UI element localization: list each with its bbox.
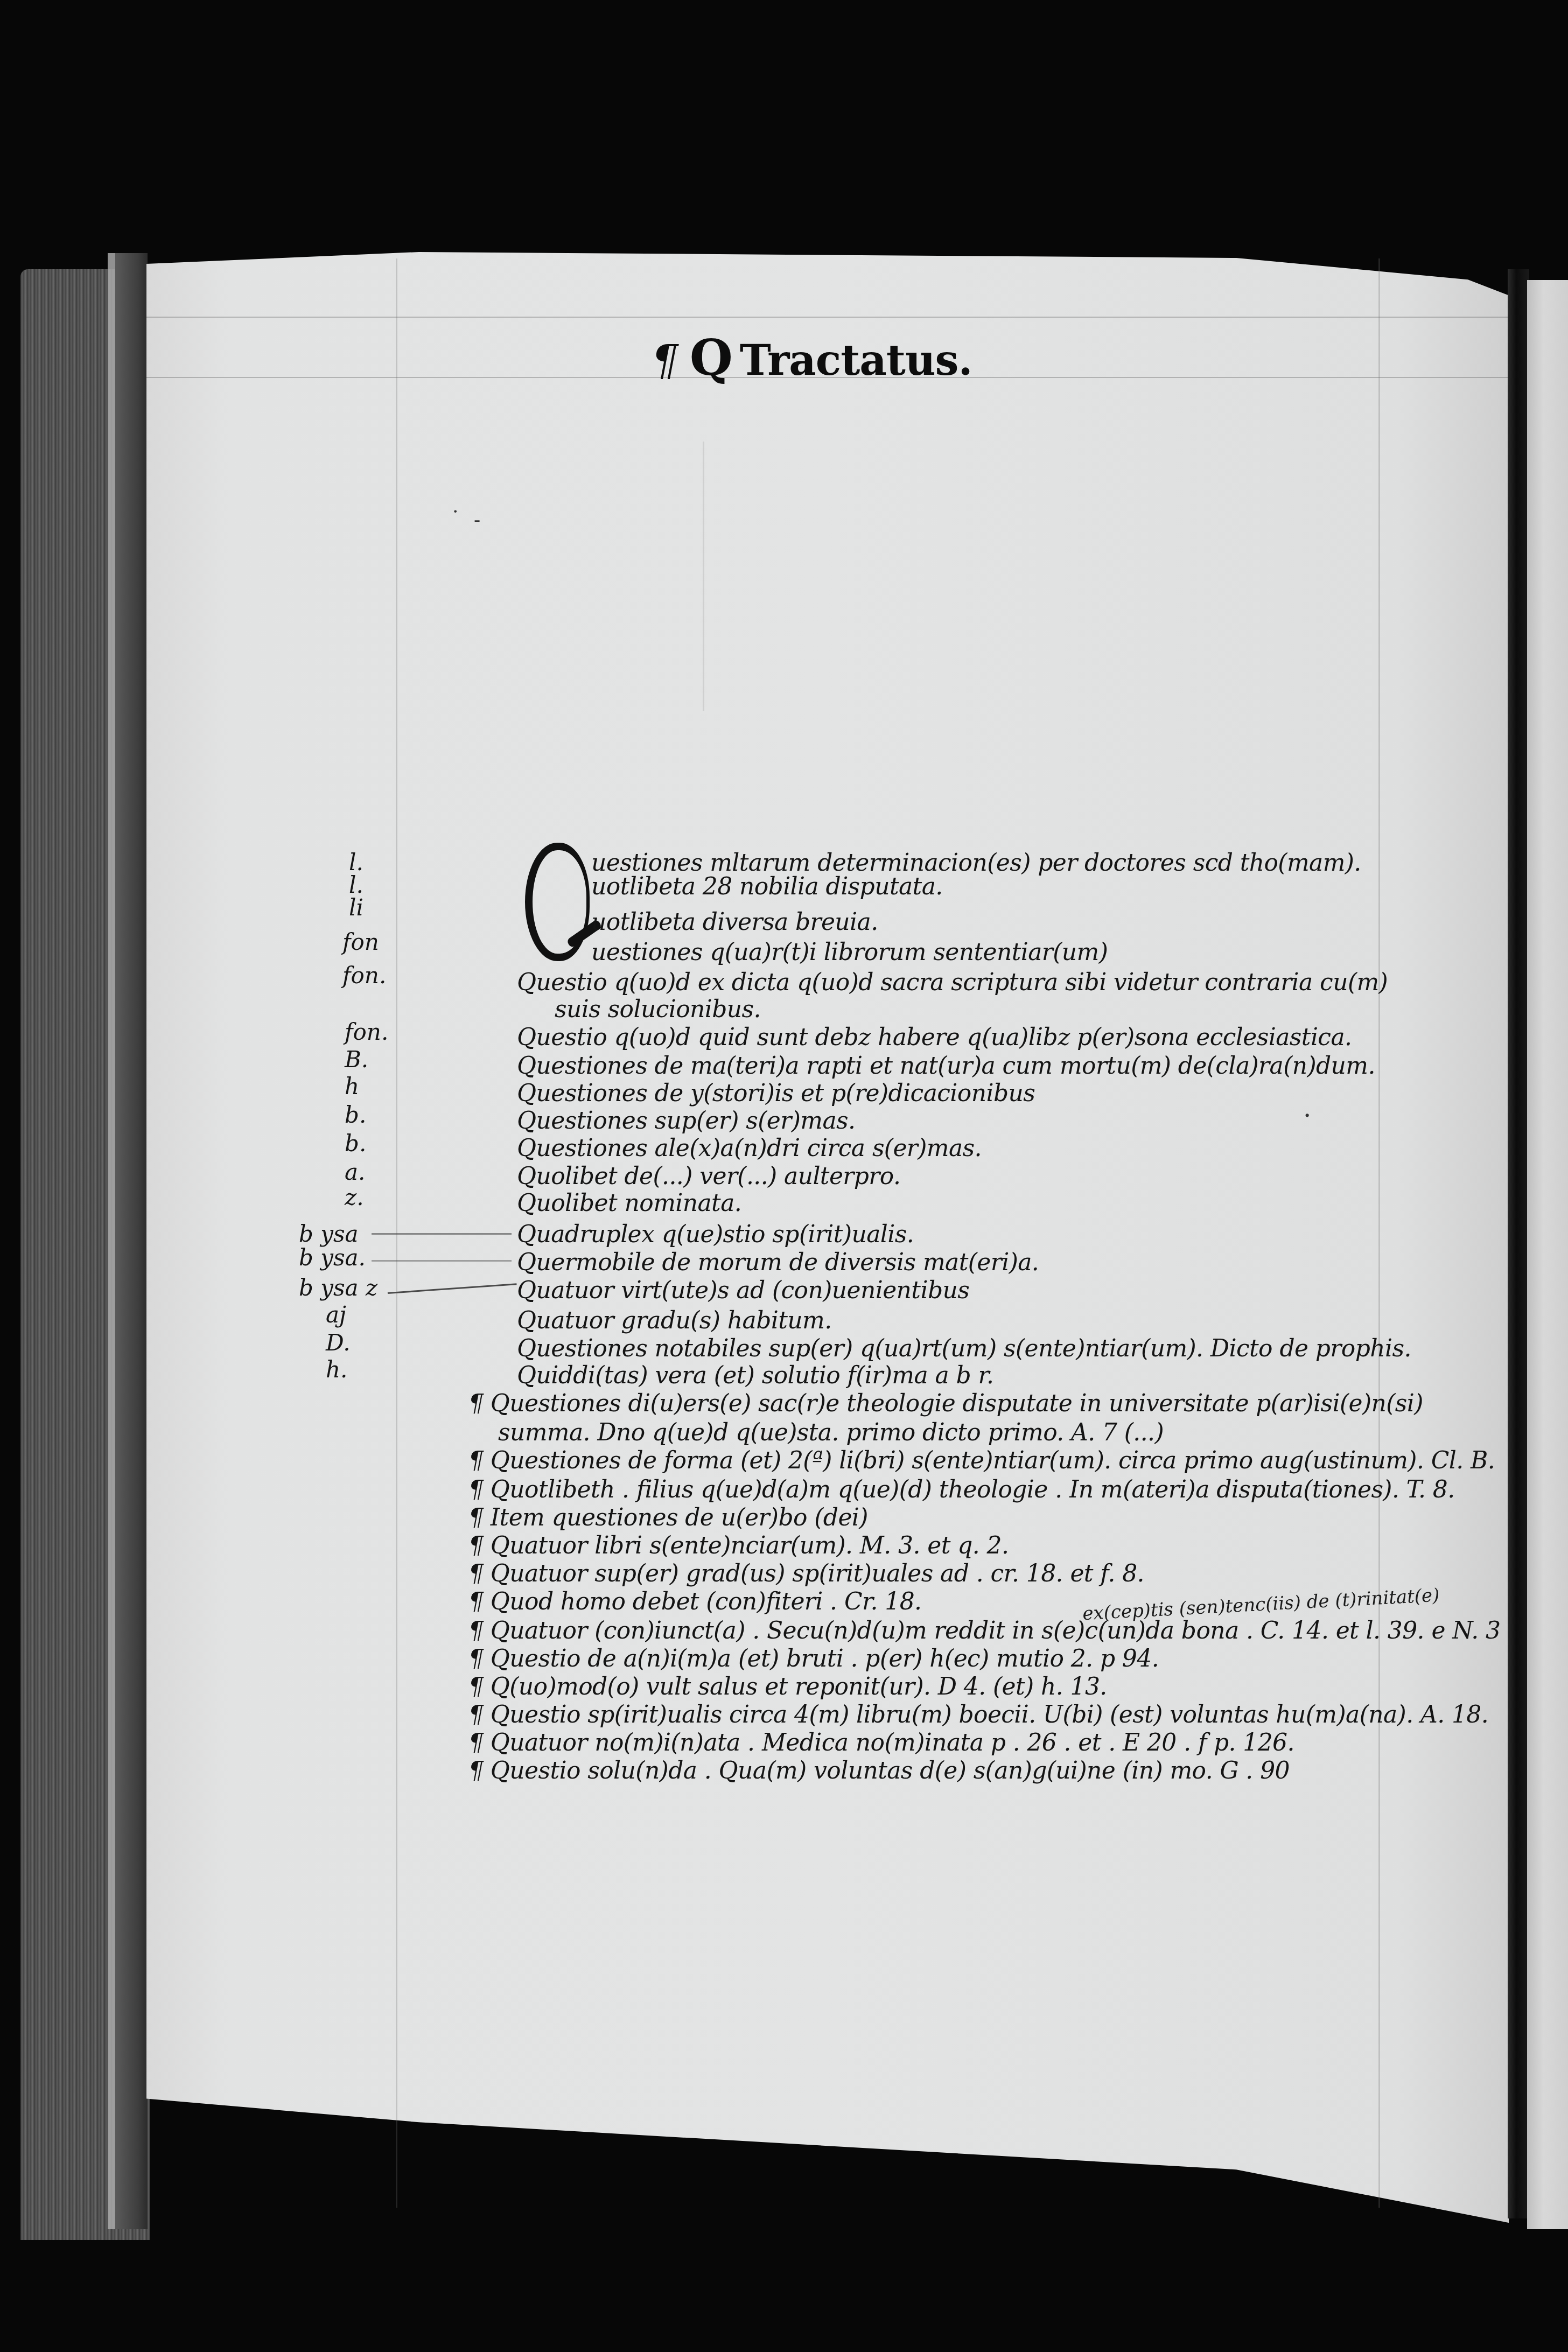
text-line: uestiones q(ua)r(t)i librorum sententiar…: [591, 939, 1108, 966]
text-line: ¶ Questiones de forma (et) 2(ª) li(bri) …: [468, 1447, 1495, 1474]
text-line: Questiones de y(stori)is et p(re)dicacio…: [517, 1080, 1035, 1107]
margin-mark: D.: [326, 1330, 351, 1356]
page-heading: ¶QTractatus.: [652, 328, 972, 393]
stray-mark: -: [474, 509, 480, 531]
ruling-line-top: [146, 317, 1509, 318]
fore-edge-highlight: [108, 253, 115, 2229]
text-line: ¶ Item questiones de u(er)bo (dei): [468, 1504, 868, 1531]
text-line: ¶ Questio de a(n)i(m)a (et) bruti . p(er…: [468, 1646, 1159, 1672]
text-line: uotlibeta 28 nobilia disputata.: [591, 873, 943, 900]
margin-mark: fon.: [342, 963, 386, 989]
ruling-line-faint: [703, 442, 704, 711]
margin-mark: li: [349, 895, 363, 921]
text-line: ¶ Q(uo)mod(o) vult salus et reponit(ur).…: [468, 1674, 1107, 1700]
margin-connector-line: [372, 1260, 512, 1262]
margin-mark: z.: [345, 1185, 363, 1210]
text-line: Quermobile de morum de diversis mat(eri)…: [517, 1249, 1039, 1276]
text-line: Questiones de ma(teri)a rapti et nat(ur)…: [517, 1053, 1375, 1080]
text-line: ¶ Questio sp(irit)ualis circa 4(m) libru…: [468, 1702, 1488, 1728]
text-line: ¶ Quatuor sup(er) grad(us) sp(irit)uales…: [468, 1560, 1144, 1587]
text-line: ¶ Quatuor no(m)i(n)ata . Medica no(m)ina…: [468, 1730, 1294, 1756]
ruling-line-margin-right: [1378, 258, 1380, 2208]
margin-mark: B.: [345, 1047, 368, 1073]
text-line: ¶ Questiones di(u)ers(e) sac(r)e theolog…: [468, 1390, 1423, 1417]
margin-connector-line: [372, 1233, 512, 1235]
text-line: summa. Dno q(ue)d q(ue)sta. primo dicto …: [498, 1419, 1164, 1446]
margin-mark: fon.: [345, 1019, 388, 1045]
text-line: ¶ Quod homo debet (con)fiteri . Cr. 18.: [468, 1588, 922, 1615]
text-line: suis solucionibus.: [555, 996, 761, 1023]
margin-mark: fon: [342, 929, 379, 955]
text-line: Quolibet nominata.: [517, 1190, 741, 1217]
fore-edge-inner: [115, 253, 148, 2229]
margin-mark: h.: [326, 1357, 347, 1383]
gutter-shadow: [1508, 269, 1529, 2218]
text-line: Quadruplex q(ue)stio sp(irit)ualis.: [517, 1221, 914, 1248]
margin-mark: b ysa: [299, 1221, 359, 1247]
decorated-initial-q: [525, 843, 590, 961]
margin-mark: b.: [345, 1131, 366, 1157]
margin-mark: h: [345, 1074, 359, 1100]
margin-mark: a.: [345, 1159, 365, 1185]
margin-mark: b ysa z: [299, 1275, 377, 1301]
facing-page-edge: [1527, 280, 1568, 2229]
margin-mark: aj: [326, 1302, 346, 1328]
text-line: Quatuor gradu(s) habitum.: [517, 1307, 832, 1334]
margin-mark: b ysa.: [299, 1245, 366, 1271]
text-line: ¶ Quatuor (con)iunct(a) . Secu(n)d(u)m r…: [468, 1618, 1500, 1644]
text-line: Quatuor virt(ute)s ad (con)uenientibus: [517, 1277, 969, 1304]
margin-mark: b.: [345, 1102, 366, 1128]
text-line: Quolibet de(...) ver(...) aulterpro.: [517, 1163, 900, 1190]
pilcrow-mark: ¶: [652, 337, 678, 385]
text-line: Questio q(uo)d ex dicta q(uo)d sacra scr…: [517, 969, 1388, 996]
text-line: ¶ Quatuor libri s(ente)nciar(um). M. 3. …: [468, 1532, 1009, 1559]
text-line: Questio q(uo)d quid sunt debz habere q(u…: [517, 1024, 1352, 1051]
heading-initial: Q: [690, 328, 732, 387]
text-line: Quiddi(tas) vera (et) solutio f(ir)ma a …: [517, 1362, 993, 1389]
stray-mark: .: [1303, 1093, 1311, 1123]
text-line: ¶ Questio solu(n)da . Qua(m) voluntas d(…: [468, 1758, 1290, 1784]
text-line: Questiones notabiles sup(er) q(ua)rt(um)…: [517, 1335, 1411, 1362]
heading-title: Tractatus.: [740, 336, 972, 385]
text-line: Questiones sup(er) s(er)mas.: [517, 1108, 855, 1135]
text-line: ¶ Quotlibeth . filius q(ue)d(a)m q(ue)(d…: [468, 1476, 1455, 1503]
stray-mark: ·: [452, 501, 458, 523]
text-line: uotlibeta diversa breuia.: [591, 909, 878, 936]
text-line: Questiones ale(x)a(n)dri circa s(er)mas.: [517, 1135, 982, 1162]
